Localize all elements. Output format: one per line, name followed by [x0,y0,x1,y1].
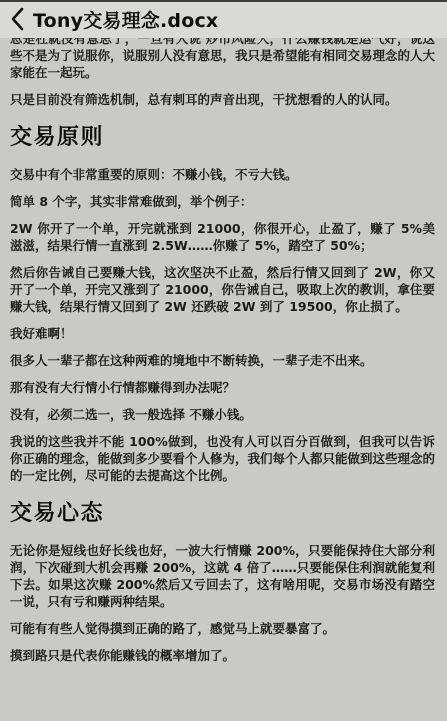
titlebar: Tony交易理念.docx [0,0,447,38]
document-body: 总是杠就没有意思了，一旦有人说 炒币风险大，什么赚钱就是运气好，说这些不是为了说… [0,38,447,721]
doc-paragraph-example-intro: 简单 8 个字，其实非常难做到，举个例子： [10,193,435,210]
section-heading-trading-mindset: 交易心态 [10,500,435,528]
document-title: Tony交易理念.docx [33,6,218,33]
doc-paragraph-ratio: 我说的这些我并不能 100%做到，也没有人可以百分百做到，但我可以告诉你正确的理… [10,433,435,484]
back-button[interactable] [8,7,26,31]
doc-paragraph-compound: 无论你是短线也好长线也好，一波大行情赚 200%，只要能保持住大部分利润，下次碰… [10,542,435,610]
doc-paragraph-probability: 摸到路只是代表你能赚钱的概率增加了。 [10,647,435,664]
doc-paragraph-principle: 交易中有个非常重要的原则：不赚小钱，不亏大钱。 [10,166,435,183]
doc-paragraph-answer: 没有，必须二选一，我一般选择 不赚小钱。 [10,406,435,423]
doc-paragraph-example-1: 2W 你开了一个单，开完就涨到 21000，你很开心，止盈了，赚了 5%美滋滋，… [10,220,435,254]
doc-paragraph-intro: 总是杠就没有意思了，一旦有人说 炒币风险大，什么赚钱就是运气好，说这些不是为了说… [10,38,435,81]
doc-paragraph-dilemma: 很多人一辈子都在这种两难的境地中不断转换，一辈子走不出来。 [10,352,435,369]
chevron-left-icon [10,7,24,31]
doc-paragraph-filter: 只是目前没有筛选机制，总有刺耳的声音出现，干扰想看的人的认同。 [10,91,435,108]
doc-paragraph-hard: 我好难啊！ [10,325,435,342]
doc-paragraph-question: 那有没有大行情小行情都赚得到办法呢？ [10,379,435,396]
section-heading-trading-principles: 交易原则 [10,124,435,152]
doc-paragraph-example-2: 然后你告诫自己要赚大钱，这次坚决不止盈，然后行情又回到了 2W，你又开了一个单，… [10,264,435,315]
doc-paragraph-rich: 可能有有些人觉得摸到正确的路了，感觉马上就要暴富了。 [10,620,435,637]
